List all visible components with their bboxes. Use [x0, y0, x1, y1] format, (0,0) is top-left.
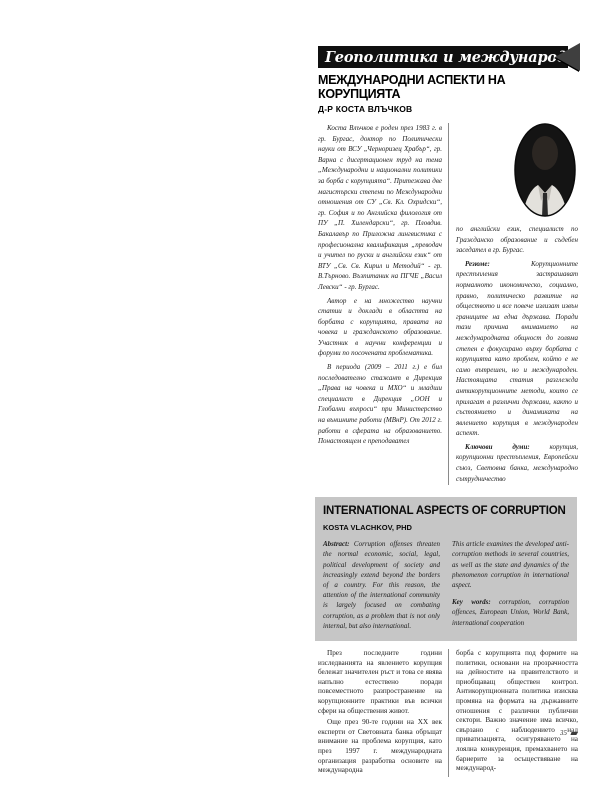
page-corner-marker-icon: [570, 732, 577, 735]
abstract-paragraph: Abstract: Corruption offenses threaten t…: [323, 539, 440, 631]
article-title: МЕЖДУНАРОДНИ АСПЕКТИ НА КОРУПЦИЯТА: [318, 73, 578, 101]
abstract-right-column: This article examines the developed anti…: [452, 539, 569, 631]
page-content: Геополитика и международни отношения МЕЖ…: [318, 46, 578, 777]
page-number: 35: [560, 729, 567, 737]
body-paragraph: Още през 90-те години на XX век експерти…: [318, 718, 442, 776]
abstract-text: Corruption offenses threaten the normal …: [323, 540, 440, 630]
english-author: KOSTA VLACHKOV, PHD: [323, 523, 569, 532]
article-body: През последните години изследванията на …: [318, 649, 578, 777]
keywords-paragraph: Ключови думи: корупция, корупционни прес…: [456, 442, 578, 484]
resume-text: Корупционните престъпления застрашават н…: [456, 260, 578, 438]
abstract-paragraph: This article examines the developed anti…: [452, 539, 569, 590]
body-right-column: борба с корупцията под формите на полити…: [448, 649, 578, 777]
english-title: INTERNATIONAL ASPECTS OF CORRUPTION: [323, 505, 569, 517]
resume-label: Резюме:: [465, 260, 490, 268]
abstract-label: Abstract:: [323, 540, 349, 548]
ribbon-arrow-icon: [555, 43, 580, 71]
english-keywords-label: Key words:: [452, 598, 491, 606]
bio-paragraph: В периода (2009 – 2011 г.) е бил последо…: [318, 362, 442, 447]
abstract-left-column: Abstract: Corruption offenses threaten t…: [323, 539, 440, 631]
resume-paragraph: Резюме: Корупционните престъпления застр…: [456, 259, 578, 439]
english-keywords-paragraph: Key words: corruption, corruption offenc…: [452, 597, 569, 628]
bio-paragraph: Коста Влъчков е роден през 1983 г. в гр.…: [318, 123, 442, 293]
article-author: Д-Р КОСТА ВЛЪЧКОВ: [318, 104, 578, 114]
body-left-column: През последните години изследванията на …: [318, 649, 448, 777]
journal-page: Геополитика и международни отношения МЕЖ…: [0, 0, 600, 800]
bio-right-column: по английски език, специалист по Граждан…: [448, 123, 578, 485]
english-abstract-columns: Abstract: Corruption offenses threaten t…: [323, 539, 569, 631]
english-abstract-box: INTERNATIONAL ASPECTS OF CORRUPTION KOST…: [315, 497, 577, 641]
author-photo: [514, 123, 576, 217]
body-paragraph: борба с корупцията под формите на полити…: [456, 649, 578, 774]
section-banner: Геополитика и международни отношения: [318, 46, 568, 68]
bio-section: Коста Влъчков е роден през 1983 г. в гр.…: [318, 123, 578, 485]
page-footer: 35: [560, 729, 577, 737]
keywords-label: Ключови думи:: [465, 443, 530, 451]
body-paragraph: През последните години изследванията на …: [318, 649, 442, 716]
bio-continuation: по английски език, специалист по Граждан…: [456, 224, 578, 256]
bio-left-column: Коста Влъчков е роден през 1983 г. в гр.…: [318, 123, 448, 485]
bio-paragraph: Автор е на множество научни статии и док…: [318, 296, 442, 360]
